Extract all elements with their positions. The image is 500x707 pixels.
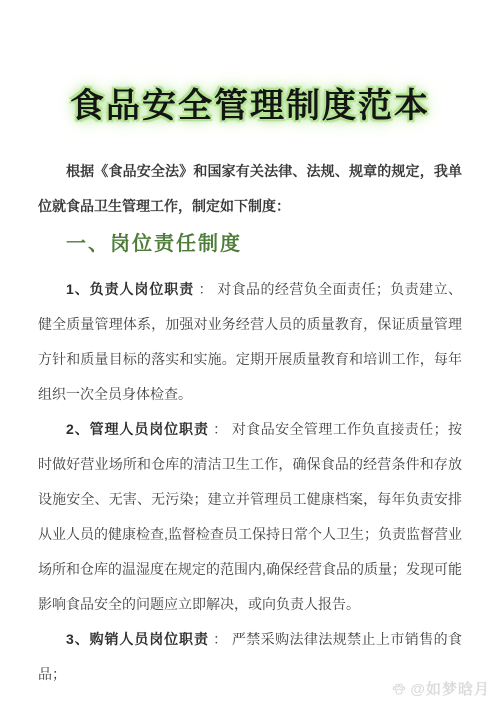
paragraph-1-label: 1、负责人岗位职责	[66, 281, 194, 297]
paragraph-2-body: 对食品安全管理工作负直接责任；按时做好营业场所和仓库的清洁卫生工作，确保食品的经…	[38, 421, 462, 612]
paw-icon	[391, 681, 407, 697]
document-page: 食品安全管理制度范本 根据《食品安全法》和国家有关法律、法规、规章的规定，我单位…	[0, 0, 500, 707]
paragraph-1-body: 对食品的经营负全面责任；负责建立、健全质量管理体系，加强对业务经营人员的质量教育…	[38, 281, 462, 402]
paragraph-1: 1、负责人岗位职责 ： 对食品的经营负全面责任；负责建立、健全质量管理体系，加强…	[38, 272, 462, 412]
intro-paragraph: 根据《食品安全法》和国家有关法律、法规、规章的规定，我单位就食品卫生管理工作，制…	[38, 154, 462, 224]
paragraph-2: 2、管理人员岗位职责 ： 对食品安全管理工作负直接责任；按时做好营业场所和仓库的…	[38, 412, 462, 622]
paragraph-3-label: 3、购销人员岗位职责	[66, 631, 209, 647]
document-title: 食品安全管理制度范本	[38, 80, 462, 132]
paragraph-1-separator: ：	[194, 281, 217, 297]
paragraph-2-separator: ：	[209, 421, 232, 437]
section-heading: 一、岗位责任制度	[38, 226, 462, 262]
paragraph-2-label: 2、管理人员岗位职责	[66, 421, 209, 437]
watermark: @如梦晗月	[391, 678, 490, 699]
paragraph-3-separator: ：	[209, 631, 232, 647]
watermark-text: @如梦晗月	[410, 678, 490, 699]
